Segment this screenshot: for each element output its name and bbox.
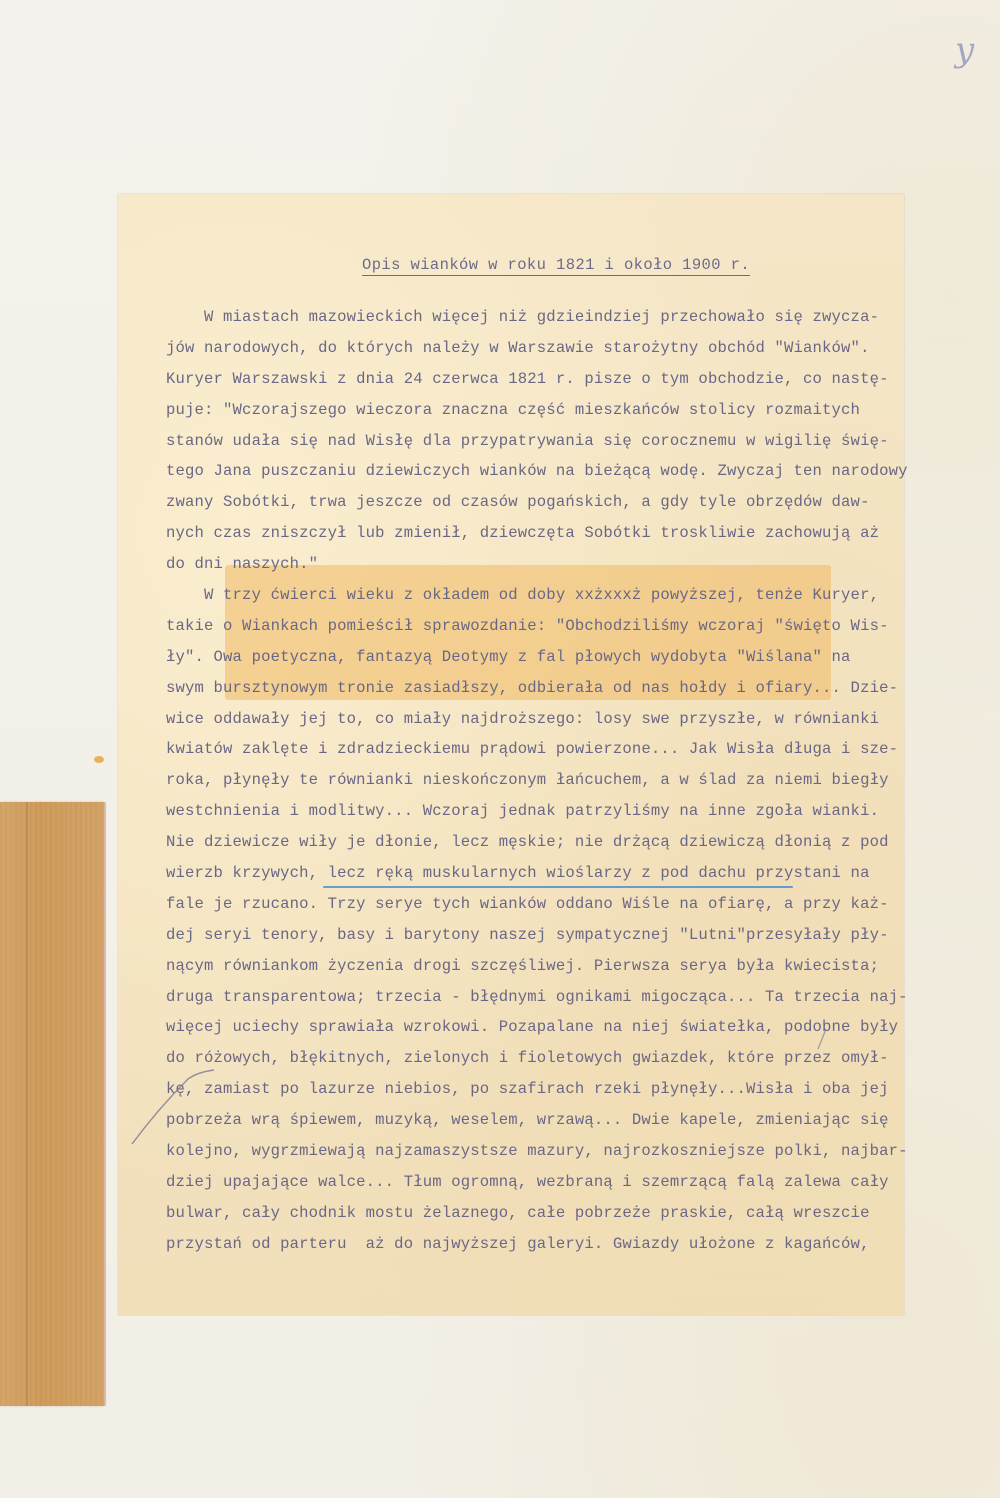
text-line: kwiatów zaklęte i zdradzieckiemu prądowi… xyxy=(166,734,906,765)
text-line: takie o Wiankach pomieścił sprawozdanie:… xyxy=(166,611,906,642)
text-line: do różowych, błękitnych, zielonych i fio… xyxy=(166,1043,906,1074)
text-line: przystań od parteru aż do najwyższej gal… xyxy=(166,1229,906,1260)
handwritten-page-mark: y xyxy=(955,30,985,80)
text-line: W trzy ćwierci wieku z okładem od doby x… xyxy=(166,580,906,611)
text-line: druga transparentowa; trzecia - błędnymi… xyxy=(166,982,906,1013)
text-line: swym bursztynowym tronie zasiadłszy, odb… xyxy=(166,673,906,704)
text-line: bulwar, cały chodnik mostu żelaznego, ca… xyxy=(166,1198,906,1229)
text-line: Nie dziewicze wiły je dłonie, lecz męski… xyxy=(166,827,906,858)
document-body: W miastach mazowieckich więcej niż gdzie… xyxy=(166,302,906,1260)
text-line: ły". Owa poetyczna, fantazyą Deotymy z f… xyxy=(166,642,906,673)
strip-fold-line xyxy=(26,802,28,1406)
text-line: Kuryer Warszawski z dnia 24 czerwca 1821… xyxy=(166,364,906,395)
document-title: Opis wianków w roku 1821 i około 1900 r. xyxy=(362,256,750,276)
text-line: stanów udała się nad Wisłę dla przypatry… xyxy=(166,426,906,457)
text-line: fale je rzucano. Trzy serye tych wianków… xyxy=(166,889,906,920)
text-line: więcej uciechy sprawiała wzrokowi. Pozap… xyxy=(166,1012,906,1043)
text-line: wice oddawały jej to, co miały najdroższ… xyxy=(166,704,906,735)
glue-spot xyxy=(94,756,104,763)
strip-edge xyxy=(104,802,106,1406)
text-line: dziej upajające walce... Tłum ogromną, w… xyxy=(166,1167,906,1198)
text-line: tego Jana puszczaniu dziewiczych wianków… xyxy=(166,456,906,487)
text-line: kolejno, wygrzmiewają najzamaszystsze ma… xyxy=(166,1136,906,1167)
text-line: puje: "Wczorajszego wieczora znaczna czę… xyxy=(166,395,906,426)
text-line: wierzb krzywych, lecz ręką muskularnych … xyxy=(166,858,906,889)
text-line: zwany Sobótki, trwa jeszcze od czasów po… xyxy=(166,487,906,518)
text-line: jów narodowych, do których należy w Wars… xyxy=(166,333,906,364)
text-line: nącym równiankom życzenia drogi szczęśli… xyxy=(166,951,906,982)
kraft-paper-strip xyxy=(0,802,104,1406)
text-line: roka, płynęły te równianki nieskończonym… xyxy=(166,765,906,796)
text-line: westchnienia i modlitwy... Wczoraj jedna… xyxy=(166,796,906,827)
text-line: W miastach mazowieckich więcej niż gdzie… xyxy=(166,302,906,333)
text-line: kę, zamiast po lazurze niebios, po szafi… xyxy=(166,1074,906,1105)
typewritten-page: Opis wianków w roku 1821 i około 1900 r.… xyxy=(118,194,904,1315)
text-line: do dni naszych." xyxy=(166,549,906,580)
text-line: pobrzeża wrą śpiewem, muzyką, weselem, w… xyxy=(166,1105,906,1136)
blue-pen-underline xyxy=(323,886,793,888)
text-line: nych czas zniszczył lub zmienił, dziewcz… xyxy=(166,518,906,549)
text-line: dej seryi tenory, basy i barytony naszej… xyxy=(166,920,906,951)
